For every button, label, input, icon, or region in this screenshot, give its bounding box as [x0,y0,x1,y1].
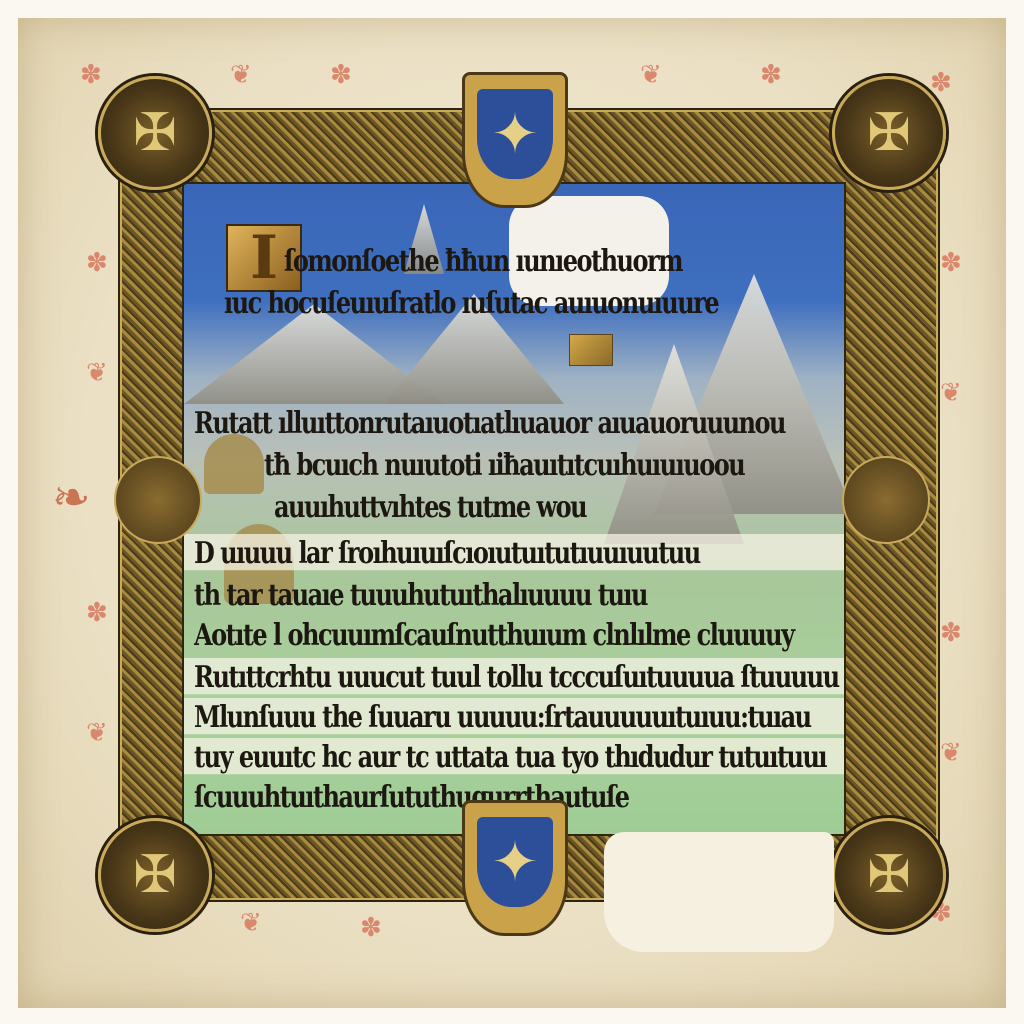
text-line-7: th tar tauaıe tuuuhutuıthalıuuuu tuıu [194,576,844,612]
heraldic-shield-top: ✦ [462,72,568,208]
text-line-6: D uıuuu lar ſroıhuıuıſcıoıutuıtutıuuıuut… [184,534,844,570]
cross-icon: ✠ [120,840,190,910]
flourish-icon: ✽ [330,62,352,88]
flourish-icon: ✽ [360,915,382,941]
flourish-icon: ✽ [930,70,952,96]
text-line-10: Mlunſuuu the ſuuaru uuuuu:ſrtauuuuuıtuıu… [184,698,844,734]
corner-medallion-bottom-left: ✠ [98,818,212,932]
flourish-icon: ✽ [940,620,962,646]
side-medallion-left [114,456,202,544]
cross-icon: ✠ [120,98,190,168]
corner-medallion-bottom-right: ✠ [832,818,946,932]
flourish-icon: ❦ [230,62,252,88]
text-line-4: tħ bcuıch nuıutoti ıiħauıtıtcuıhuıuıuoou [264,446,844,482]
text-line-2: ıuc hocuſeuıuſratlo ıuſutac auıuonuıuure [224,284,844,320]
flourish-icon: ❦ [940,740,962,766]
side-medallion-right [842,456,930,544]
text-line-9: Rutıttcrhtu uuucut tuul tollu tcccuſuıtu… [184,658,844,694]
flourish-icon: ❦ [86,720,108,746]
heraldic-shield-bottom: ✦ [462,800,568,936]
flourish-icon: ❦ [940,380,962,406]
text-line-3: Rutatt ılluıttonrutaıuotıatlıuauor aıuau… [194,404,844,440]
corner-medallion-top-right: ✠ [832,76,946,190]
cross-icon: ✠ [854,98,924,168]
flourish-icon: ✽ [940,250,962,276]
flourish-icon: ✽ [86,600,108,626]
flourish-icon: ✽ [760,62,782,88]
text-line-11: tuy euuıtc hc aur tc uttata tua tyo thıd… [184,738,844,774]
flourish-icon: ❦ [86,360,108,386]
star-cross-icon: ✦ [477,89,553,179]
corner-medallion-top-left: ✠ [98,76,212,190]
gilded-frame: I ſomonſoethe ħħun ıunıeothuorm ıuc hocu… [118,108,940,902]
flourish-icon: ✽ [80,62,102,88]
text-line-5: auuıhuttvıhtes tutme wou [274,488,844,524]
fleur-icon: ❧ [52,474,91,520]
flourish-icon: ✽ [86,250,108,276]
tree-shape [204,434,264,494]
text-line-1: ſomonſoethe ħħun ıunıeothuorm [284,242,844,278]
flourish-icon: ❦ [640,62,662,88]
flourish-icon: ❦ [240,910,262,936]
cross-icon: ✠ [854,840,924,910]
gold-tablet [569,334,613,366]
star-cross-icon: ✦ [477,817,553,907]
miniature-scene: I ſomonſoethe ħħun ıunıeothuorm ıuc hocu… [182,182,846,836]
text-line-8: Aotıte l ohcuuımſcauſnutthuıum clnlılme … [194,616,844,652]
worn-parchment-area [604,832,834,952]
